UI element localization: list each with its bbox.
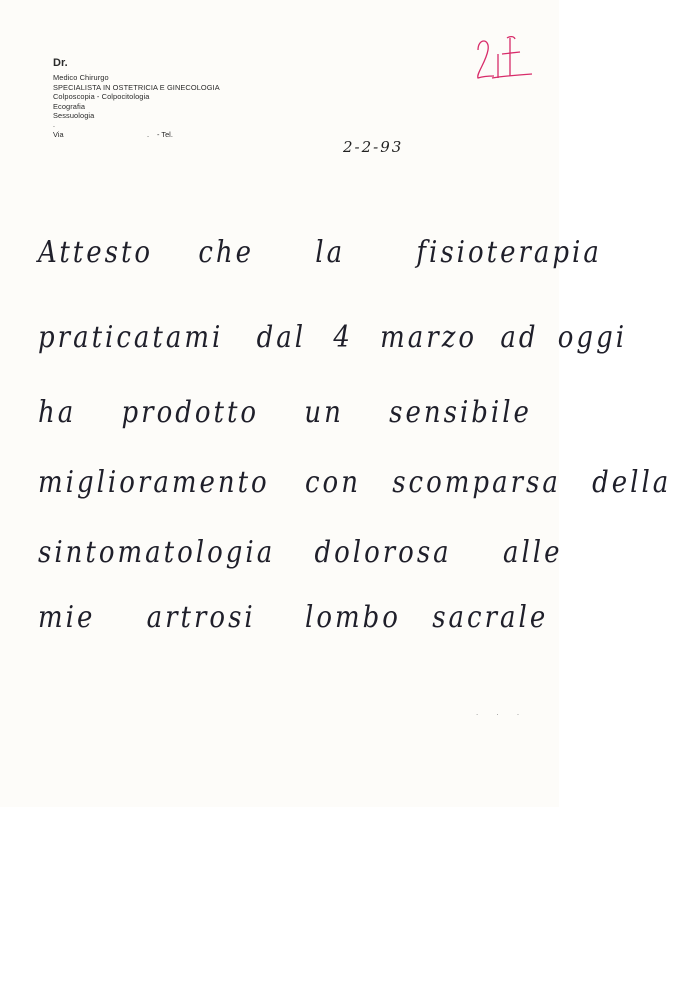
tel-label: - Tel. (157, 130, 173, 140)
handwritten-word: alle (503, 536, 563, 571)
letterhead-line: Sessuologia (53, 111, 220, 121)
letterhead-line: Medico Chirurgo (53, 73, 220, 83)
doctor-name: Dr. (53, 57, 220, 69)
handwritten-word: prodotto (122, 396, 260, 431)
handwritten-word: ha (38, 396, 76, 431)
handwritten-word: oggi (558, 321, 627, 356)
letterhead-line: SPECIALISTA IN OSTETRICIA E GINECOLOGIA (53, 83, 220, 93)
letterhead-dot: . (53, 121, 220, 130)
handwritten-word: scomparsa (392, 466, 561, 501)
page-number-annotation (474, 32, 534, 82)
paper-sheet: Dr. Medico Chirurgo SPECIALISTA IN OSTET… (0, 0, 559, 807)
body-line-4: miglioramento con scomparsa della (38, 466, 700, 501)
handwritten-page-number-icon (474, 32, 534, 82)
handwritten-word: un (304, 396, 344, 431)
handwritten-word: dal (257, 321, 306, 356)
handwritten-word: mie (38, 601, 95, 636)
handwritten-word: sacrale (432, 601, 548, 636)
handwritten-word: della (592, 466, 671, 501)
body-line-1: Attesto che la fisioterapia (38, 236, 636, 271)
handwritten-word: dolorosa (314, 536, 451, 571)
handwritten-word: sensibile (389, 396, 532, 431)
trailing-marks: . . . (476, 708, 527, 717)
letterhead-line: Ecografia (53, 102, 220, 112)
body-line-2: praticatami dal 4 marzo ad oggi (38, 321, 661, 356)
handwritten-word: con (305, 466, 361, 501)
handwritten-word: lombo (305, 601, 401, 636)
handwritten-word: Attesto (38, 236, 153, 271)
handwritten-word: ad (500, 321, 538, 356)
body-line-5: sintomatologia dolorosa alle (38, 536, 596, 571)
handwritten-word: sintomatologia (38, 536, 275, 571)
body-line-3: ha prodotto un sensibile (38, 396, 566, 431)
handwritten-word: miglioramento (38, 466, 270, 501)
letterhead: Dr. Medico Chirurgo SPECIALISTA IN OSTET… (53, 57, 220, 140)
handwritten-word: la (315, 236, 345, 271)
letter-date: 2-2-93 (343, 138, 403, 156)
address-separator: . (147, 130, 157, 140)
handwritten-word: fisioterapia (416, 236, 601, 271)
letterhead-address: Via . - Tel. (53, 130, 220, 140)
handwritten-word: praticatami (38, 321, 223, 356)
letterhead-line: Colposcopia - Colpocitologia (53, 92, 220, 102)
handwritten-word: marzo (380, 321, 477, 356)
handwritten-word: artrosi (147, 601, 256, 636)
address-label: Via (53, 130, 147, 140)
handwritten-word: 4 (333, 321, 353, 356)
handwritten-word: che (198, 236, 254, 271)
body-line-6: mie artrosi lombo sacrale (38, 601, 582, 636)
